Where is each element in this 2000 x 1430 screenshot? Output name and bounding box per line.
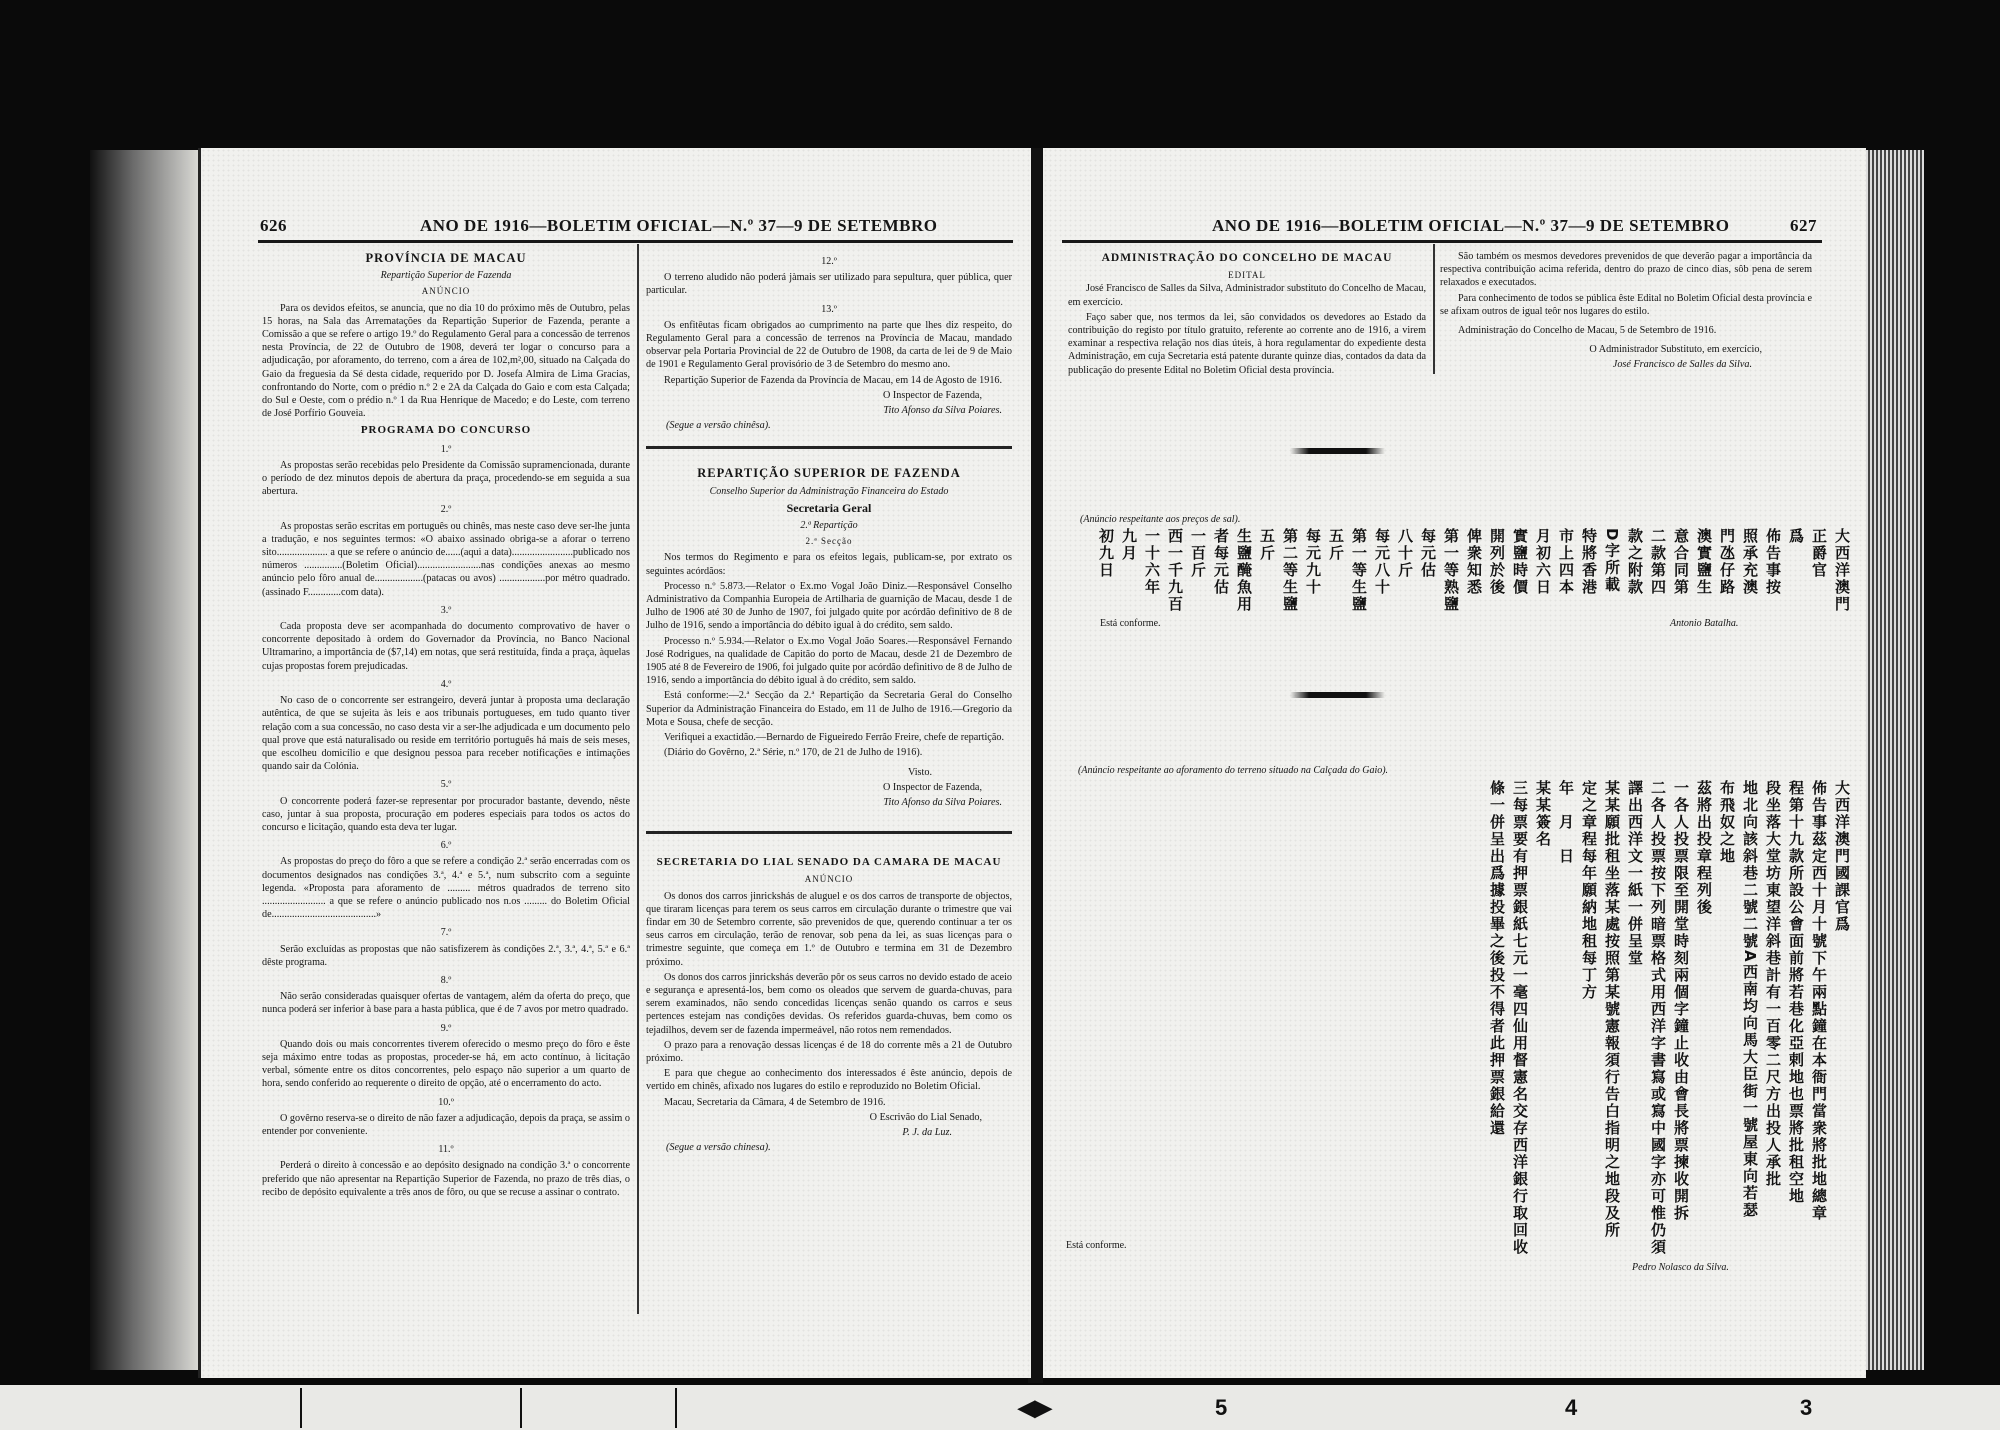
signer-name: Pedro Nolasco da Silva. bbox=[1632, 1262, 1729, 1273]
program-title: PROGRAMA DO CONCURSO bbox=[262, 424, 630, 437]
section-title: Secretaria Geral bbox=[646, 502, 1012, 515]
clause-number: 13.º bbox=[646, 303, 1012, 316]
visto: Visto. bbox=[646, 766, 1012, 779]
signer-title: O Inspector de Fazenda, bbox=[646, 781, 1012, 794]
chinese-column: 每元八十 bbox=[1373, 528, 1390, 608]
strip-tick bbox=[520, 1388, 522, 1428]
signer-name: Tito Afonso da Silva Poiares. bbox=[646, 796, 1012, 809]
chinese-version-note: (Segue a versão chinesa). bbox=[646, 1141, 1012, 1154]
clause-number: 10.º bbox=[262, 1096, 630, 1109]
chinese-column: 俾衆知悉 bbox=[1465, 528, 1482, 608]
conformity-note: Está conforme. bbox=[1100, 618, 1161, 629]
notice-kind: ANÚNCIO bbox=[262, 285, 630, 298]
signer-name: Antonio Batalha. bbox=[1670, 618, 1738, 629]
head-rule bbox=[258, 240, 1013, 243]
page-number-right: 627 bbox=[1790, 216, 1817, 238]
clause-number: 8.º bbox=[262, 974, 630, 987]
clause-text: Quando dois ou mais concorrentes tiverem… bbox=[262, 1038, 630, 1091]
chinese-column: 正爵官 bbox=[1810, 528, 1827, 608]
chinese-column: 每元估 bbox=[1419, 528, 1436, 608]
chinese-notice-caption: (Anúncio respeitante ao aforamento do te… bbox=[1078, 765, 1388, 776]
notice-paragraph: Macau, Secretaria da Câmara, 4 de Setemb… bbox=[646, 1096, 1012, 1109]
signer-name: José Francisco de Salles da Silva. bbox=[1440, 358, 1812, 371]
clause-number: 5.º bbox=[262, 778, 630, 791]
notice-intro: Para os devidos efeitos, se anuncia, que… bbox=[262, 302, 630, 421]
notice-paragraph: Para conhecimento de todos se pública ês… bbox=[1440, 292, 1812, 318]
strip-mark: 4 bbox=[1565, 1395, 1577, 1421]
signer-title: O Inspector de Fazenda, bbox=[646, 389, 1012, 402]
clause-text: O concorrente poderá fazer-se representa… bbox=[262, 795, 630, 835]
chinese-column: 一各人投票限至開堂時刻兩個字鐘止收由會長將票揀收開拆 bbox=[1672, 780, 1689, 1230]
page-turn-arrows-icon: ◀▶ bbox=[1018, 1395, 1052, 1421]
clause-text: As propostas do preço do fôro a que se r… bbox=[262, 855, 630, 921]
running-head-left: ANO DE 1916—BOLETIM OFICIAL—N.º 37—9 DE … bbox=[420, 216, 937, 238]
conformity-note: Está conforme. bbox=[1066, 1240, 1127, 1251]
section-rule bbox=[646, 831, 1012, 834]
chinese-column: 五斤 bbox=[1327, 528, 1344, 608]
clause-text: O terreno aludido não poderá jàmais ser … bbox=[646, 271, 1012, 297]
chinese-column: 條一併呈出爲據投畢之後投不得者此押票銀給還 bbox=[1488, 780, 1505, 1230]
chinese-column: 初九日 bbox=[1097, 528, 1114, 608]
chinese-column: 月初六日 bbox=[1534, 528, 1551, 608]
notice-paragraph: O prazo para a renovação dessas licenças… bbox=[646, 1039, 1012, 1065]
chinese-column: 實鹽時價 bbox=[1511, 528, 1528, 608]
chinese-column: 大西洋澳門國課官爲 bbox=[1833, 780, 1850, 1230]
chinese-column: 八十斤 bbox=[1396, 528, 1413, 608]
chinese-column: 地北向該斜巷二號二號A西南均向馬大臣街一號屋東向若瑟 bbox=[1741, 780, 1758, 1230]
notice-intro: Nos termos do Regimento e para os efeito… bbox=[646, 551, 1012, 577]
strip-tick bbox=[675, 1388, 677, 1428]
section-rule bbox=[646, 446, 1012, 449]
chinese-column: 布飛奴之地 bbox=[1718, 780, 1735, 1230]
running-head-right: ANO DE 1916—BOLETIM OFICIAL—N.º 37—9 DE … bbox=[1212, 216, 1729, 238]
notice-subheading: Repartição Superior de Fazenda bbox=[262, 269, 630, 282]
clause-text: No caso de o concorrente ser estrangeiro… bbox=[262, 694, 630, 773]
notice-paragraph: Os donos dos carros jinrickshás deverão … bbox=[646, 971, 1012, 1037]
subdivision-title: 2.ª Secção bbox=[646, 535, 1012, 548]
chinese-column: 照承充澳 bbox=[1741, 528, 1758, 608]
chinese-column: 生鹽醃魚用 bbox=[1235, 528, 1252, 608]
notice-provincia-de-macau: PROVÍNCIA DE MACAU Repartição Superior d… bbox=[262, 248, 630, 1201]
clause-text: As propostas serão escritas em português… bbox=[262, 520, 630, 599]
notice-heading: SECRETARIA DO LIAL SENADO DA CAMARA DE M… bbox=[646, 856, 1012, 869]
chinese-column: 定之章程每年願納地租每丁方 bbox=[1580, 780, 1597, 1230]
clause-number: 7.º bbox=[262, 926, 630, 939]
source-citation: (Diário do Govêrno, 2.ª Série, n.º 170, … bbox=[646, 746, 1012, 759]
chinese-column: 每元九十 bbox=[1304, 528, 1321, 608]
column-divider bbox=[637, 244, 639, 1314]
chinese-column: 開列於後 bbox=[1488, 528, 1505, 608]
clause-number: 9.º bbox=[262, 1022, 630, 1035]
chinese-column: 市上四本 bbox=[1557, 528, 1574, 608]
signer-title: O Administrador Substituto, em exercício… bbox=[1440, 343, 1812, 356]
process-item: Processo n.º 5.934.—Relator o Ex.mo Voga… bbox=[646, 635, 1012, 688]
chinese-column: 譯出西洋文一紙一併呈堂 bbox=[1626, 780, 1643, 1230]
clause-number: 11.º bbox=[262, 1143, 630, 1156]
chinese-column: 年 月 日 bbox=[1557, 780, 1574, 1230]
chinese-notice-caption: (Anúncio respeitante aos preços de sal). bbox=[1080, 514, 1240, 525]
chinese-column: 一百斤 bbox=[1189, 528, 1206, 608]
ornament-divider bbox=[1290, 692, 1385, 698]
page-number-left: 626 bbox=[260, 216, 287, 238]
column-divider bbox=[1433, 244, 1435, 374]
notice-reparticao-superior: REPARTIÇÃO SUPERIOR DE FAZENDA Conselho … bbox=[646, 467, 1012, 809]
clause-text: Cada proposta deve ser acompanhada do do… bbox=[262, 620, 630, 673]
chinese-column: 佈告事按 bbox=[1764, 528, 1781, 608]
head-rule bbox=[1062, 240, 1822, 243]
chinese-column: 某某願批租坐落某處按照第某號憲報須行告白指明之地段及所 bbox=[1603, 780, 1620, 1230]
notice-paragraph: Os donos dos carros jinrickshás de alugu… bbox=[646, 890, 1012, 969]
conformity-statement: Está conforme:—2.ª Secção da 2.ª Reparti… bbox=[646, 689, 1012, 729]
signer-name: P. J. da Luz. bbox=[646, 1126, 1012, 1139]
chinese-column: 九月 bbox=[1120, 528, 1137, 608]
chinese-column: D字所載 bbox=[1603, 528, 1620, 608]
chinese-column: 特將香港 bbox=[1580, 528, 1597, 608]
chinese-column: 者每元估 bbox=[1212, 528, 1229, 608]
notice-paragraph: E para que chegue ao conhecimento dos in… bbox=[646, 1067, 1012, 1093]
verification-statement: Verifiquei a exactidão.—Bernardo de Figu… bbox=[646, 731, 1012, 744]
chinese-column: 款之附款 bbox=[1626, 528, 1643, 608]
chinese-column: 爲 bbox=[1787, 528, 1804, 608]
chinese-column: 一十六年 bbox=[1143, 528, 1160, 608]
chinese-column: 門氹仔路 bbox=[1718, 528, 1735, 608]
notice-paragraph: José Francisco de Salles da Silva, Admin… bbox=[1068, 282, 1426, 308]
clause-text: O govêrno reserva-se o direito de não fa… bbox=[262, 1112, 630, 1138]
notice-lial-senado: SECRETARIA DO LIAL SENADO DA CAMARA DE M… bbox=[646, 856, 1012, 1154]
notice-kind: ANÚNCIO bbox=[646, 873, 1012, 886]
signer-name: Tito Afonso da Silva Poiares. bbox=[646, 404, 1012, 417]
notice-date: Administração do Concelho de Macau, 5 de… bbox=[1440, 324, 1812, 337]
clause-text: Serão excluídas as propostas que não sat… bbox=[262, 943, 630, 969]
ornament-divider bbox=[1290, 448, 1385, 454]
clause-number: 1.º bbox=[262, 443, 630, 456]
notice-subheading: Conselho Superior da Administração Finan… bbox=[646, 485, 1012, 498]
chinese-column: 第二等生鹽 bbox=[1281, 528, 1298, 608]
chinese-column: 二各人投票按下列暗票格式用西洋字書寫或寫中國字亦可惟仍須 bbox=[1649, 780, 1666, 1230]
book-edge-left bbox=[90, 150, 198, 1370]
clause-text: Não serão consideradas quaisquer ofertas… bbox=[262, 990, 630, 1016]
chinese-column: 澳實鹽生 bbox=[1695, 528, 1712, 608]
strip-mark: 3 bbox=[1800, 1395, 1812, 1421]
notice-paragraph: Faço saber que, nos termos da lei, são c… bbox=[1068, 311, 1426, 377]
notice-heading: PROVÍNCIA DE MACAU bbox=[262, 252, 630, 265]
clause-number: 2.º bbox=[262, 503, 630, 516]
clause-number: 3.º bbox=[262, 604, 630, 617]
clause-text: As propostas serão recebidas pelo Presid… bbox=[262, 459, 630, 499]
chinese-column: 大西洋澳門 bbox=[1833, 528, 1850, 608]
chinese-text-block: 大西洋澳門國課官爲佈告事茲定西十月十號下午兩點鐘在本衙門當衆將批地總章程第十九款… bbox=[1055, 780, 1850, 1230]
chinese-column: 某某簽名 bbox=[1534, 780, 1551, 1230]
notice-paragraph: São também os mesmos devedores prevenido… bbox=[1440, 250, 1812, 290]
chinese-column: 三每票要有押票銀紙七元一毫四仙用督憲名交存西洋銀行取回收 bbox=[1511, 780, 1528, 1230]
clause-number: 4.º bbox=[262, 678, 630, 691]
notice-closing: Repartição Superior de Fazenda da Provín… bbox=[646, 374, 1012, 387]
chinese-column: 程第十九款所設公會面前將若巷化亞剌地也票將批租空地 bbox=[1787, 780, 1804, 1230]
chinese-column: 茲將出投章程列後 bbox=[1695, 780, 1712, 1230]
notice-kind: EDITAL bbox=[1068, 269, 1426, 282]
chinese-column: 二款第四 bbox=[1649, 528, 1666, 608]
chinese-version-note: (Segue a versão chinêsa). bbox=[646, 419, 1012, 432]
chinese-column: 第一等生鹽 bbox=[1350, 528, 1367, 608]
clause-text: Os enfitêutas ficam obrigados ao cumprim… bbox=[646, 319, 1012, 372]
chinese-text-block: 大西洋澳門正爵官爲佈告事按照承充澳門氹仔路澳實鹽生意合同第二款第四款之附款D字所… bbox=[1055, 528, 1850, 608]
chinese-column: 西一千九百 bbox=[1166, 528, 1183, 608]
book-edge-right bbox=[1866, 150, 1924, 1370]
notice-administracao-concelho-cont: São também os mesmos devedores prevenido… bbox=[1440, 250, 1812, 374]
strip-tick bbox=[300, 1388, 302, 1428]
signer-title: O Escrivão do Lial Senado, bbox=[646, 1111, 1012, 1124]
notice-heading: REPARTIÇÃO SUPERIOR DE FAZENDA bbox=[646, 467, 1012, 480]
division-title: 2.ª Repartição bbox=[646, 519, 1012, 532]
notice-heading: ADMINISTRAÇÃO DO CONCELHO DE MACAU bbox=[1068, 252, 1426, 265]
chinese-column: 第一等熟鹽 bbox=[1442, 528, 1459, 608]
strip-mark: 5 bbox=[1215, 1395, 1227, 1421]
chinese-column: 佈告事茲定西十月十號下午兩點鐘在本衙門當衆將批地總章 bbox=[1810, 780, 1827, 1230]
left-page-column-2: 12.º O terreno aludido não poderá jàmais… bbox=[646, 250, 1012, 1156]
chinese-column: 意合同第 bbox=[1672, 528, 1689, 608]
clause-text: Perderá o direito à concessão e ao depós… bbox=[262, 1159, 630, 1199]
chinese-column: 五斤 bbox=[1258, 528, 1275, 608]
clause-number: 12.º bbox=[646, 255, 1012, 268]
notice-administracao-concelho: ADMINISTRAÇÃO DO CONCELHO DE MACAU EDITA… bbox=[1068, 248, 1426, 379]
clause-number: 6.º bbox=[262, 839, 630, 852]
chinese-column: 段坐落大堂坊東望洋斜巷計有一百零二尺方出投人承批 bbox=[1764, 780, 1781, 1230]
process-item: Processo n.º 5.873.—Relator o Ex.mo Voga… bbox=[646, 580, 1012, 633]
